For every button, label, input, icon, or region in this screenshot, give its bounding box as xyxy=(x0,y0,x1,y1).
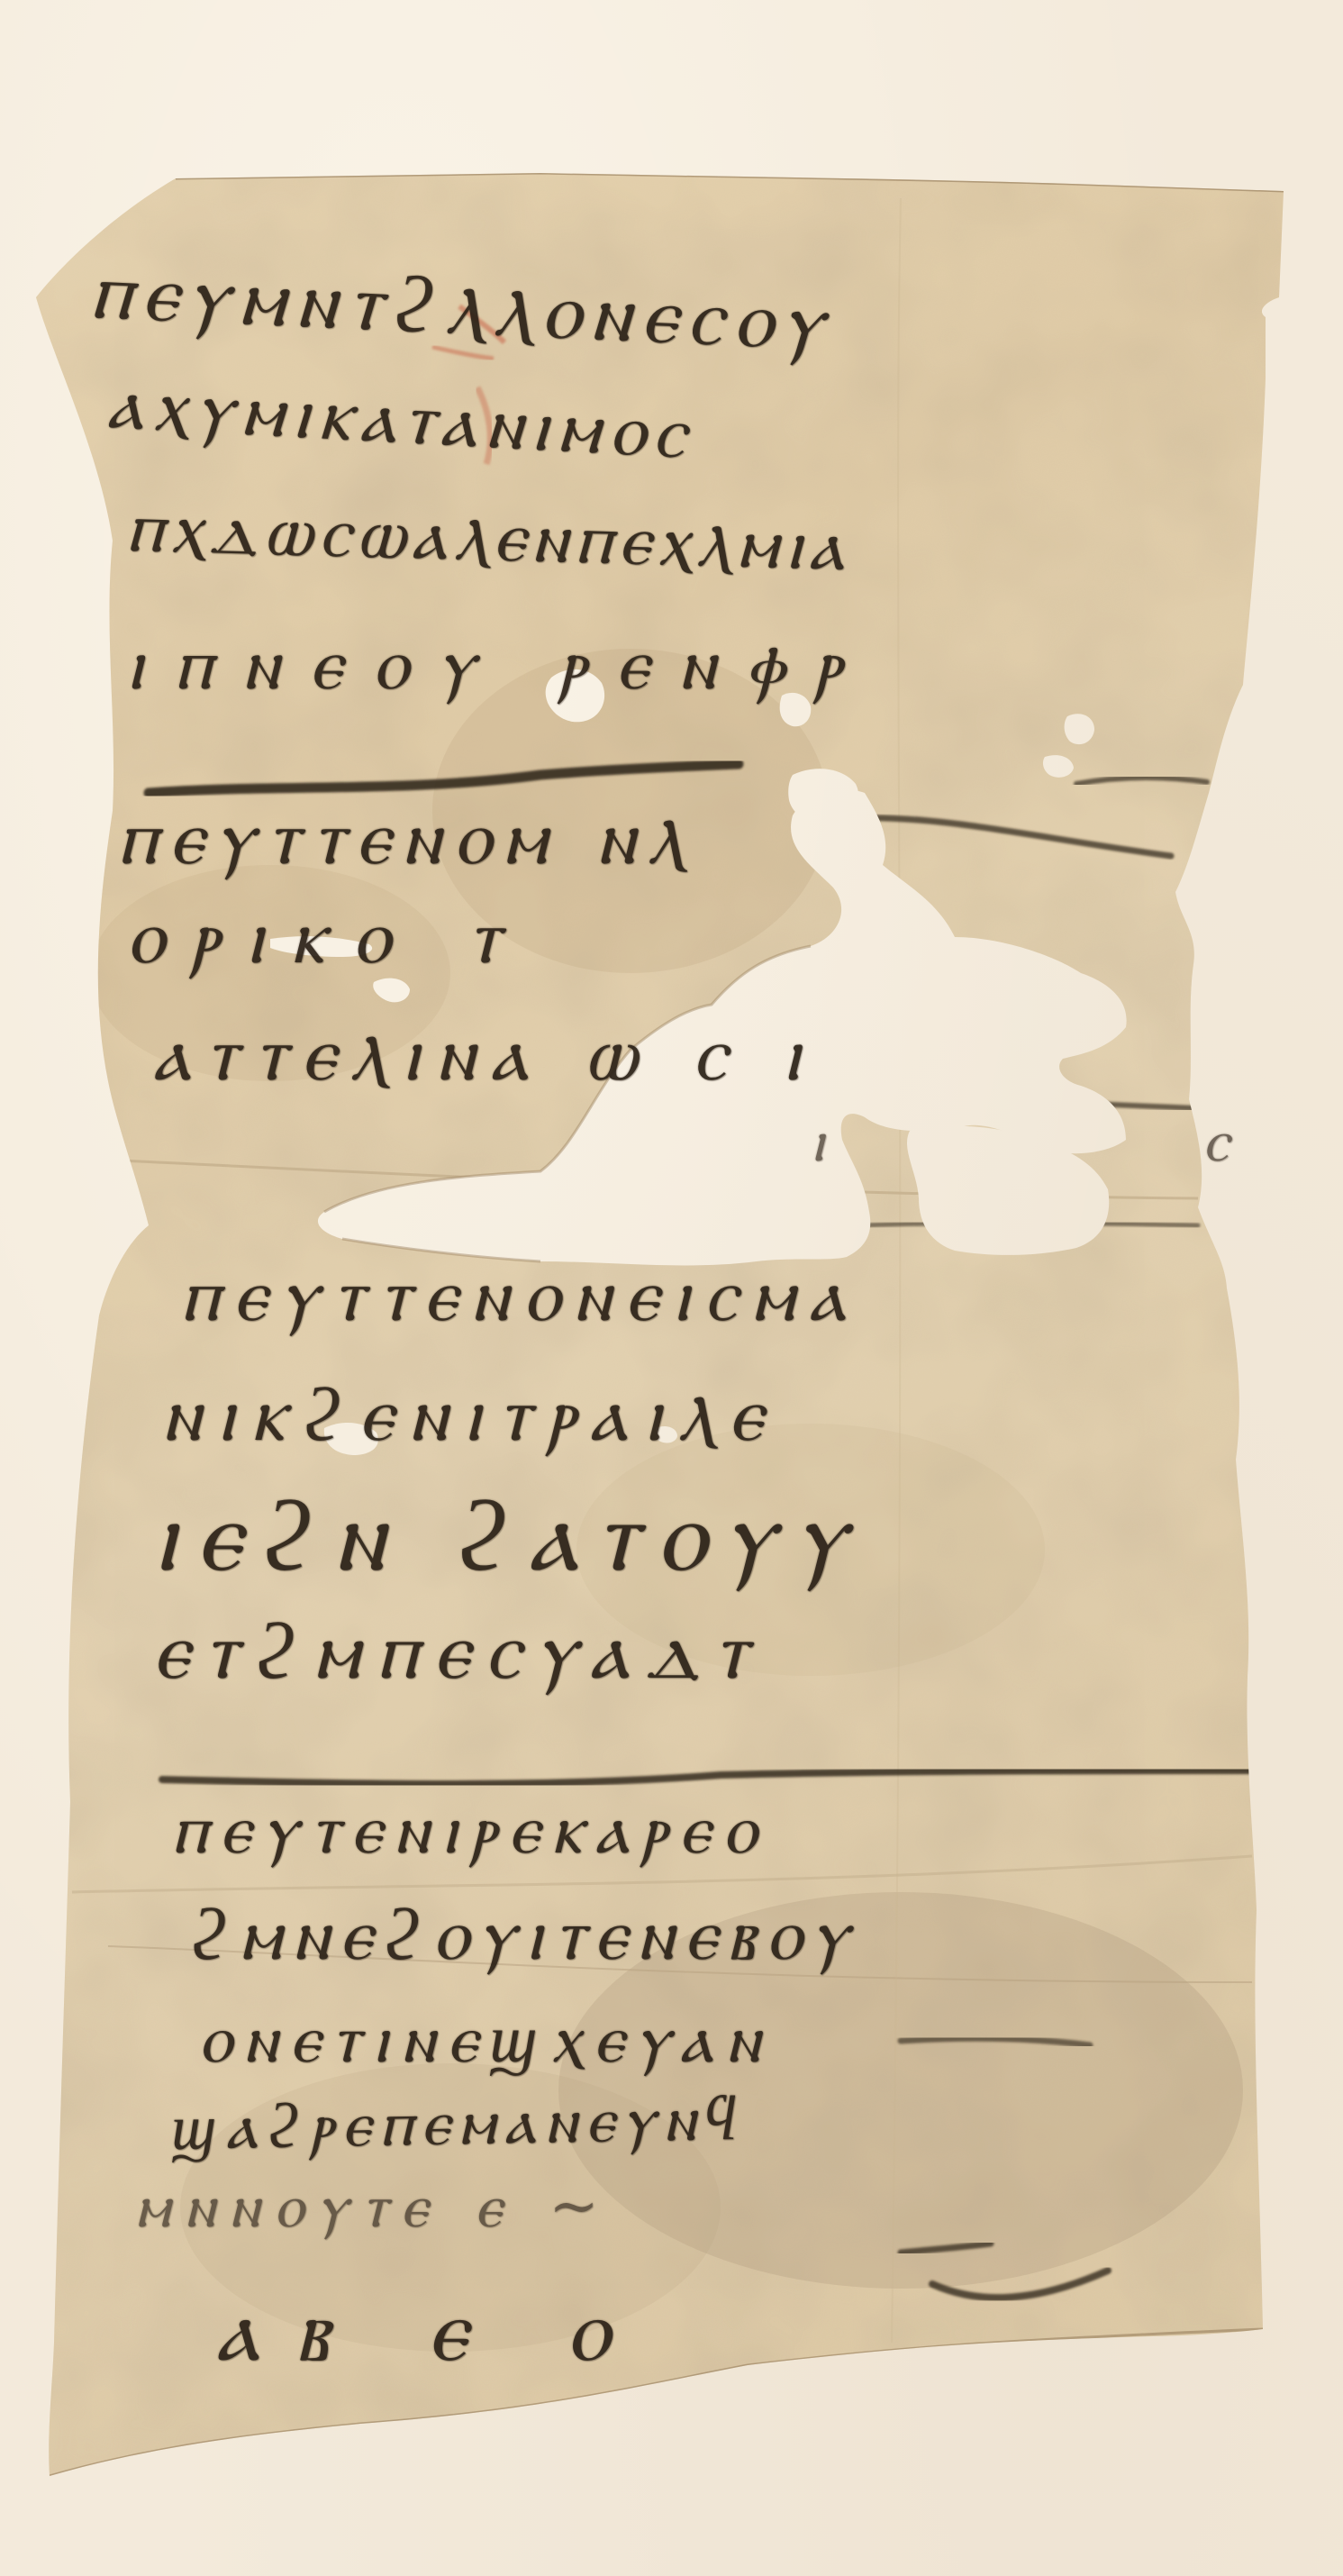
parchment-fragment xyxy=(0,0,1343,2576)
